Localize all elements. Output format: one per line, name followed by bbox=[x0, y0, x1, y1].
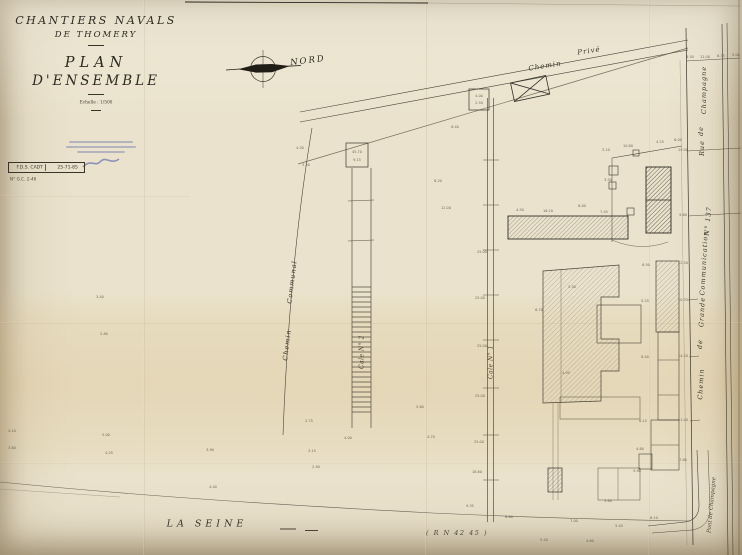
registry-stamp-cell: F.D.S. CADT bbox=[14, 164, 46, 171]
dimension-mark: 3.15 bbox=[308, 449, 316, 453]
title-line-2: DE THOMERY bbox=[12, 30, 180, 40]
building-main-workshop bbox=[543, 265, 641, 500]
dimension-mark: 6.40 bbox=[451, 125, 459, 129]
title-divider bbox=[88, 45, 104, 46]
dimension-mark: 5.60 bbox=[416, 405, 424, 409]
dimension-mark: 4.25 bbox=[105, 451, 113, 455]
dimension-mark: 4.60 bbox=[586, 539, 594, 543]
dimension-mark: 5.10 bbox=[602, 148, 610, 152]
north-arrow bbox=[226, 50, 301, 88]
dimension-mark: 45.70 bbox=[352, 150, 362, 154]
dimension-mark: 3.80 bbox=[604, 499, 612, 503]
road-label-rue-de-champagne: Champagne bbox=[700, 66, 708, 114]
road-label-grande-communication: Chemin bbox=[696, 368, 706, 400]
slipway-cale-1 bbox=[483, 98, 499, 522]
river-marker-rn: ( R N 42 45 ) bbox=[426, 529, 488, 537]
dimension-mark: 9.15 bbox=[353, 158, 361, 162]
dimension-mark: 4.00 bbox=[475, 94, 483, 98]
dimension-mark: 7.60 bbox=[679, 458, 687, 462]
dimension-mark: 9.80 bbox=[679, 213, 687, 217]
dimension-mark: 9.35 bbox=[466, 504, 474, 508]
title-line-3: PLAN bbox=[12, 55, 180, 71]
dimension-mark: 12.50 bbox=[678, 261, 688, 265]
title-line-1: CHANTIERS NAVALS bbox=[12, 14, 180, 27]
dimension-mark: 3.20 bbox=[302, 163, 310, 167]
dimension-mark: 6.80 bbox=[505, 515, 513, 519]
road-label-rue-de-champagne: Rue bbox=[698, 140, 706, 156]
dimension-mark: 25.00 bbox=[477, 250, 487, 254]
dimension-mark: 8.40 bbox=[641, 355, 649, 359]
dimension-mark: 4.10 bbox=[8, 429, 16, 433]
dimension-mark: 10.35 bbox=[678, 298, 688, 302]
dimension-mark: 8.00 bbox=[578, 204, 586, 208]
dimension-mark: 4.40 bbox=[209, 485, 217, 489]
dimension-mark: 3.90 bbox=[206, 448, 214, 452]
dimension-mark: 6.50 bbox=[642, 263, 650, 267]
dimension-mark: 25.00 bbox=[474, 440, 484, 444]
slipway-cale-2 bbox=[346, 143, 374, 428]
slipway-label-cale-1: Cale N° 1 bbox=[488, 345, 495, 379]
signature-squiggle-icon bbox=[81, 156, 121, 170]
road-label-rue-de-champagne: de bbox=[697, 126, 705, 136]
dimension-mark: 5.30 bbox=[568, 285, 576, 289]
dimension-mark: 4.50 bbox=[686, 55, 694, 59]
dimension-mark: 2.75 bbox=[305, 419, 313, 423]
title-line-4: D'ENSEMBLE bbox=[12, 73, 180, 89]
seine-bank bbox=[0, 482, 690, 531]
title-divider bbox=[91, 110, 101, 111]
dimension-mark: 8.20 bbox=[434, 179, 442, 183]
road-rue-de-champagne bbox=[680, 23, 741, 555]
title-block: CHANTIERS NAVALS DE THOMERY PLAN D'ENSEM… bbox=[12, 14, 180, 111]
dimension-mark: 4.70 bbox=[427, 435, 435, 439]
blue-stamp-line bbox=[69, 141, 133, 143]
dimension-mark: 25.00 bbox=[475, 296, 485, 300]
dimension-mark: 2.50 bbox=[475, 101, 483, 105]
dimension-mark: 12.00 bbox=[441, 206, 451, 210]
dimension-mark: 3.40 bbox=[96, 295, 104, 299]
dimension-mark: 15.00 bbox=[678, 148, 688, 152]
dimension-mark: 4.95 bbox=[562, 371, 570, 375]
dimension-mark: 4.00 bbox=[344, 436, 352, 440]
registry-stamp-note: N° G.C. 2-46 bbox=[10, 177, 36, 182]
slipway-label-cale-2: Cale N° 2 bbox=[359, 335, 366, 369]
dimension-mark: 6.35 bbox=[717, 54, 725, 58]
dimension-mark: 6.70 bbox=[535, 308, 543, 312]
buildings-along-road bbox=[639, 261, 679, 470]
dimension-mark: 5.20 bbox=[540, 538, 548, 542]
title-divider bbox=[88, 94, 104, 95]
dimension-mark: 2.80 bbox=[100, 332, 108, 336]
dimension-mark: 5.25 bbox=[641, 299, 649, 303]
dimension-mark: 7.45 bbox=[600, 210, 608, 214]
road-label-grande-communication: Grande bbox=[697, 297, 707, 328]
dimension-mark: 7.00 bbox=[570, 519, 578, 523]
registry-stamp-cell: 25-71-85 bbox=[55, 164, 80, 171]
dimension-mark: 6.10 bbox=[650, 516, 658, 520]
building-shed bbox=[508, 216, 628, 239]
dimension-mark: 18.60 bbox=[472, 470, 482, 474]
dimension-mark: 4.50 bbox=[516, 208, 524, 212]
dimension-mark: 5.90 bbox=[633, 469, 641, 473]
river-label-la-seine: LA SEINE bbox=[167, 519, 248, 530]
dimension-mark: 25.00 bbox=[477, 344, 487, 348]
dimension-mark: 4.25 bbox=[656, 140, 664, 144]
dimension-mark: 11.00 bbox=[678, 418, 688, 422]
dimension-mark: 14.20 bbox=[678, 354, 688, 358]
dimension-mark: 3.60 bbox=[8, 446, 16, 450]
dimension-mark: 5.00 bbox=[732, 53, 740, 57]
plan-sheet: CHANTIERS NAVALS DE THOMERY PLAN D'ENSEM… bbox=[0, 0, 742, 555]
blue-stamp-line bbox=[77, 151, 125, 153]
dimension-mark: 12.00 bbox=[700, 55, 710, 59]
road-label-grande-communication: de bbox=[696, 339, 705, 349]
dimension-mark: 5.00 bbox=[102, 433, 110, 437]
blue-stamp-line bbox=[66, 146, 136, 148]
title-scale: Echelle : 1/500 bbox=[36, 100, 157, 105]
dimension-mark: 16.20 bbox=[543, 209, 553, 213]
registry-stamp-box: F.D.S. CADT 25-71-85 bbox=[8, 162, 85, 173]
dimension-mark: 25.00 bbox=[475, 394, 485, 398]
dimension-mark: 6.15 bbox=[639, 419, 647, 423]
dimension-mark: 3.50 bbox=[604, 178, 612, 182]
dimension-mark: 4.80 bbox=[636, 447, 644, 451]
dimension-mark: 4.50 bbox=[296, 146, 304, 150]
dimension-mark: 10.80 bbox=[623, 144, 633, 148]
dimension-mark: 2.90 bbox=[312, 465, 320, 469]
dimension-mark: 6.00 bbox=[674, 138, 682, 142]
dimension-mark: 5.45 bbox=[615, 524, 623, 528]
